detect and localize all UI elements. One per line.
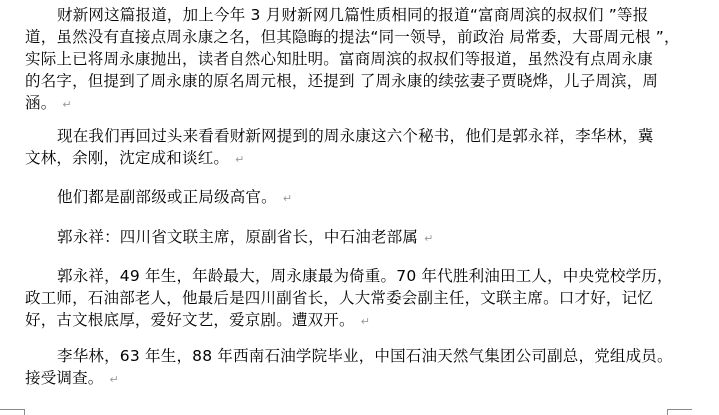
document-page[interactable]: 财新网这篇报道，加上今年 3 月财新网几篇性质相同的报道“富商周滨的叔叔们 ”等…	[0, 0, 719, 415]
text-line: 文林，余刚，沈定成和谈红。	[25, 149, 229, 167]
text-line: 现在我们再回过头来看看财新网提到的周永康这六个秘书，他们是郭永祥，李华林，冀	[25, 125, 695, 147]
paragraph-mark-icon: ↵	[424, 232, 433, 245]
text-line: 他们都是副部级或正局级高官。	[57, 188, 277, 206]
paragraph-2[interactable]: 现在我们再回过头来看看财新网提到的周永康这六个秘书，他们是郭永祥，李华林，冀 文…	[25, 125, 695, 169]
paragraph-4[interactable]: 郭永祥：四川省文联主席，原副省长，中石油老部属↵	[25, 226, 695, 248]
paragraph-mark-icon: ↵	[110, 373, 119, 386]
text-line: 道，虽然没有直接点周永康之名，但其隐晦的提法“同一领导，前政治 局常委，大哥周元…	[25, 26, 695, 48]
text-line: 接受调查。	[25, 369, 104, 387]
paragraph-mark-icon: ↵	[361, 315, 370, 328]
margin-corner-mark-left	[0, 409, 25, 415]
text-line: 郭永祥，49 年生，年龄最大，周永康最为倚重。70 年代胜利油田工人，中央党校学…	[25, 265, 695, 287]
paragraph-mark-icon: ↵	[62, 98, 71, 111]
text-line: 李华林，63 年生，88 年西南石油学院毕业，中国石油天然气集团公司副总，党组成…	[25, 345, 695, 367]
text-line: 政工师，石油部老人，他最后是四川副省长，人大常委会副主任，文联主席。口才好，记忆	[25, 287, 695, 309]
text-line: 涵。	[25, 94, 56, 112]
text-line: 郭永祥：四川省文联主席，原副省长，中石油老部属	[57, 228, 418, 246]
paragraph-1[interactable]: 财新网这篇报道，加上今年 3 月财新网几篇性质相同的报道“富商周滨的叔叔们 ”等…	[25, 4, 695, 114]
paragraph-mark-icon: ↵	[283, 192, 292, 205]
text-line: 财新网这篇报道，加上今年 3 月财新网几篇性质相同的报道“富商周滨的叔叔们 ”等…	[25, 4, 695, 26]
margin-corner-mark-right	[667, 409, 692, 415]
paragraph-5[interactable]: 郭永祥，49 年生，年龄最大，周永康最为倚重。70 年代胜利油田工人，中央党校学…	[25, 265, 695, 331]
text-line: 好，古文根底厚，爱好文艺，爱京剧。遭双开。	[25, 311, 355, 329]
paragraph-mark-icon: ↵	[235, 153, 244, 166]
text-line: 的名字，但提到了周永康的原名周元根，还提到 了周永康的续弦妻子贾晓烨，儿子周滨，…	[25, 70, 695, 92]
paragraph-6[interactable]: 李华林，63 年生，88 年西南石油学院毕业，中国石油天然气集团公司副总，党组成…	[25, 345, 695, 389]
text-line: 实际上已将周永康抛出，读者自然心知肚明。富商周滨的叔叔们等报道，虽然没有点周永康	[25, 48, 695, 70]
paragraph-3[interactable]: 他们都是副部级或正局级高官。↵	[25, 186, 695, 208]
